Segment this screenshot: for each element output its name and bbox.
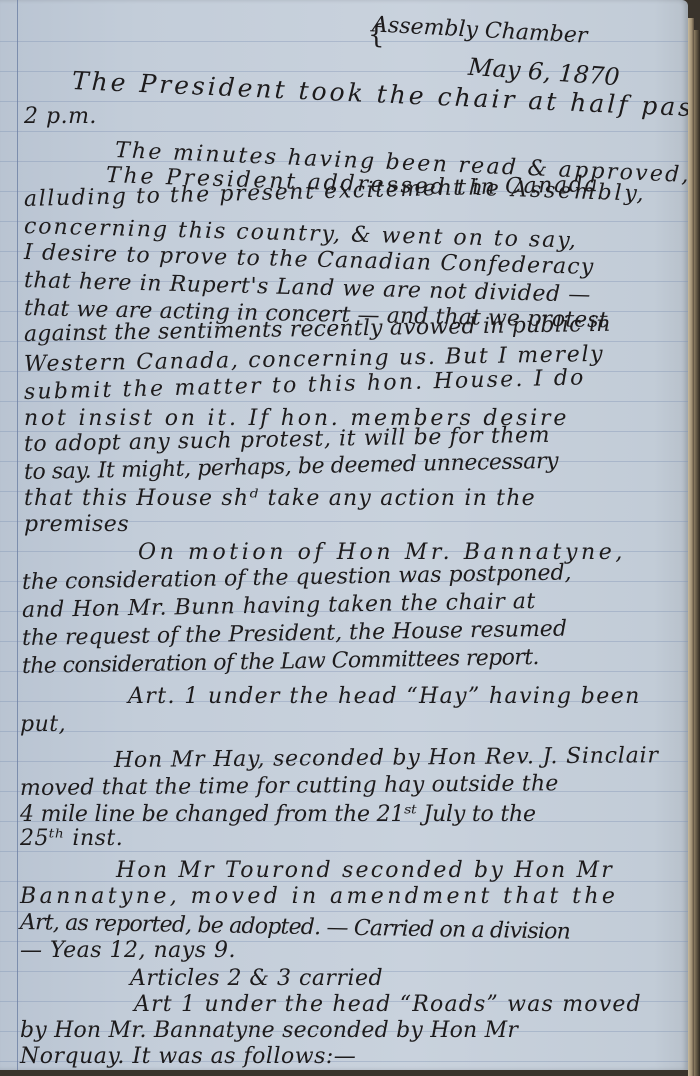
- minutes-line: Art. 1 under the head “Hay” having been: [128, 684, 641, 709]
- minutes-line: Norquay. It was as follows:—: [20, 1044, 356, 1069]
- minutes-line: 25ᵗʰ inst.: [20, 826, 123, 851]
- minutes-line: by Hon Mr. Bannatyne seconded by Hon Mr: [20, 1018, 518, 1043]
- minutes-line: Articles 2 & 3 carried: [130, 966, 383, 991]
- minutes-line: Hon Mr Tourond seconded by Hon Mr: [116, 858, 614, 883]
- minutes-line: put,: [20, 712, 66, 737]
- book-edge: [694, 30, 700, 1076]
- minutes-line: 4 mile line be changed from the 21ˢᵗ Jul…: [20, 802, 536, 827]
- margin-rule: [17, 0, 18, 1070]
- minutes-line: Hon Mr Hay, seconded by Hon Rev. J. Sinc…: [114, 743, 659, 773]
- minutes-line: moved that the time for cutting hay outs…: [20, 771, 559, 801]
- minutes-line: Bannatyne, moved in amendment that the: [20, 884, 618, 909]
- minutes-line: premises: [24, 512, 129, 537]
- minutes-line: that this House shᵈ take any action in t…: [24, 486, 536, 511]
- minutes-line: Art 1 under the head “Roads” was moved: [134, 992, 642, 1017]
- minutes-line: — Yeas 12, nays 9.: [20, 938, 236, 963]
- ledger-page: { Assembly Chamber May 6, 1870 The Presi…: [0, 0, 688, 1070]
- minutes-line: 2 p.m.: [24, 104, 97, 129]
